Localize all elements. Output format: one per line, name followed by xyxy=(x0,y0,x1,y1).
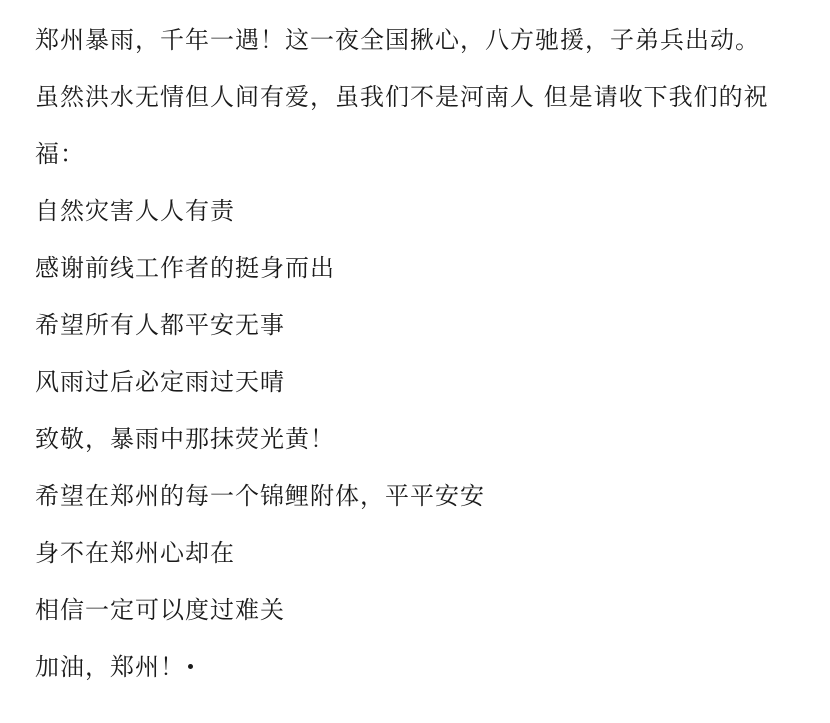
paragraph-line: 相信一定可以度过难关 xyxy=(35,582,815,639)
paragraph-line: 身不在郑州心却在 xyxy=(35,525,815,582)
paragraph-line: 致敬，暴雨中那抹荧光黄！ xyxy=(35,411,815,468)
paragraph-line: 希望所有人都平安无事 xyxy=(35,297,815,354)
paragraph-line: 福： xyxy=(35,126,815,183)
document-body: 郑州暴雨，千年一遇！这一夜全国揪心，八方驰援，子弟兵出动。 虽然洪水无情但人间有… xyxy=(35,12,815,696)
closing-text: 加油，郑州！ xyxy=(35,653,185,681)
paragraph-line: 感谢前线工作者的挺身而出 xyxy=(35,240,815,297)
paragraph-line: 希望在郑州的每一个锦鲤附体，平平安安 xyxy=(35,468,815,525)
bullet-dot-icon xyxy=(188,664,193,669)
paragraph-line: 郑州暴雨，千年一遇！这一夜全国揪心，八方驰援，子弟兵出动。 xyxy=(35,12,815,69)
paragraph-line: 自然灾害人人有责 xyxy=(35,183,815,240)
paragraph-line: 风雨过后必定雨过天晴 xyxy=(35,354,815,411)
paragraph-line: 虽然洪水无情但人间有爱，虽我们不是河南人 但是请收下我们的祝 xyxy=(35,69,815,126)
paragraph-line-last: 加油，郑州！ xyxy=(35,639,815,696)
